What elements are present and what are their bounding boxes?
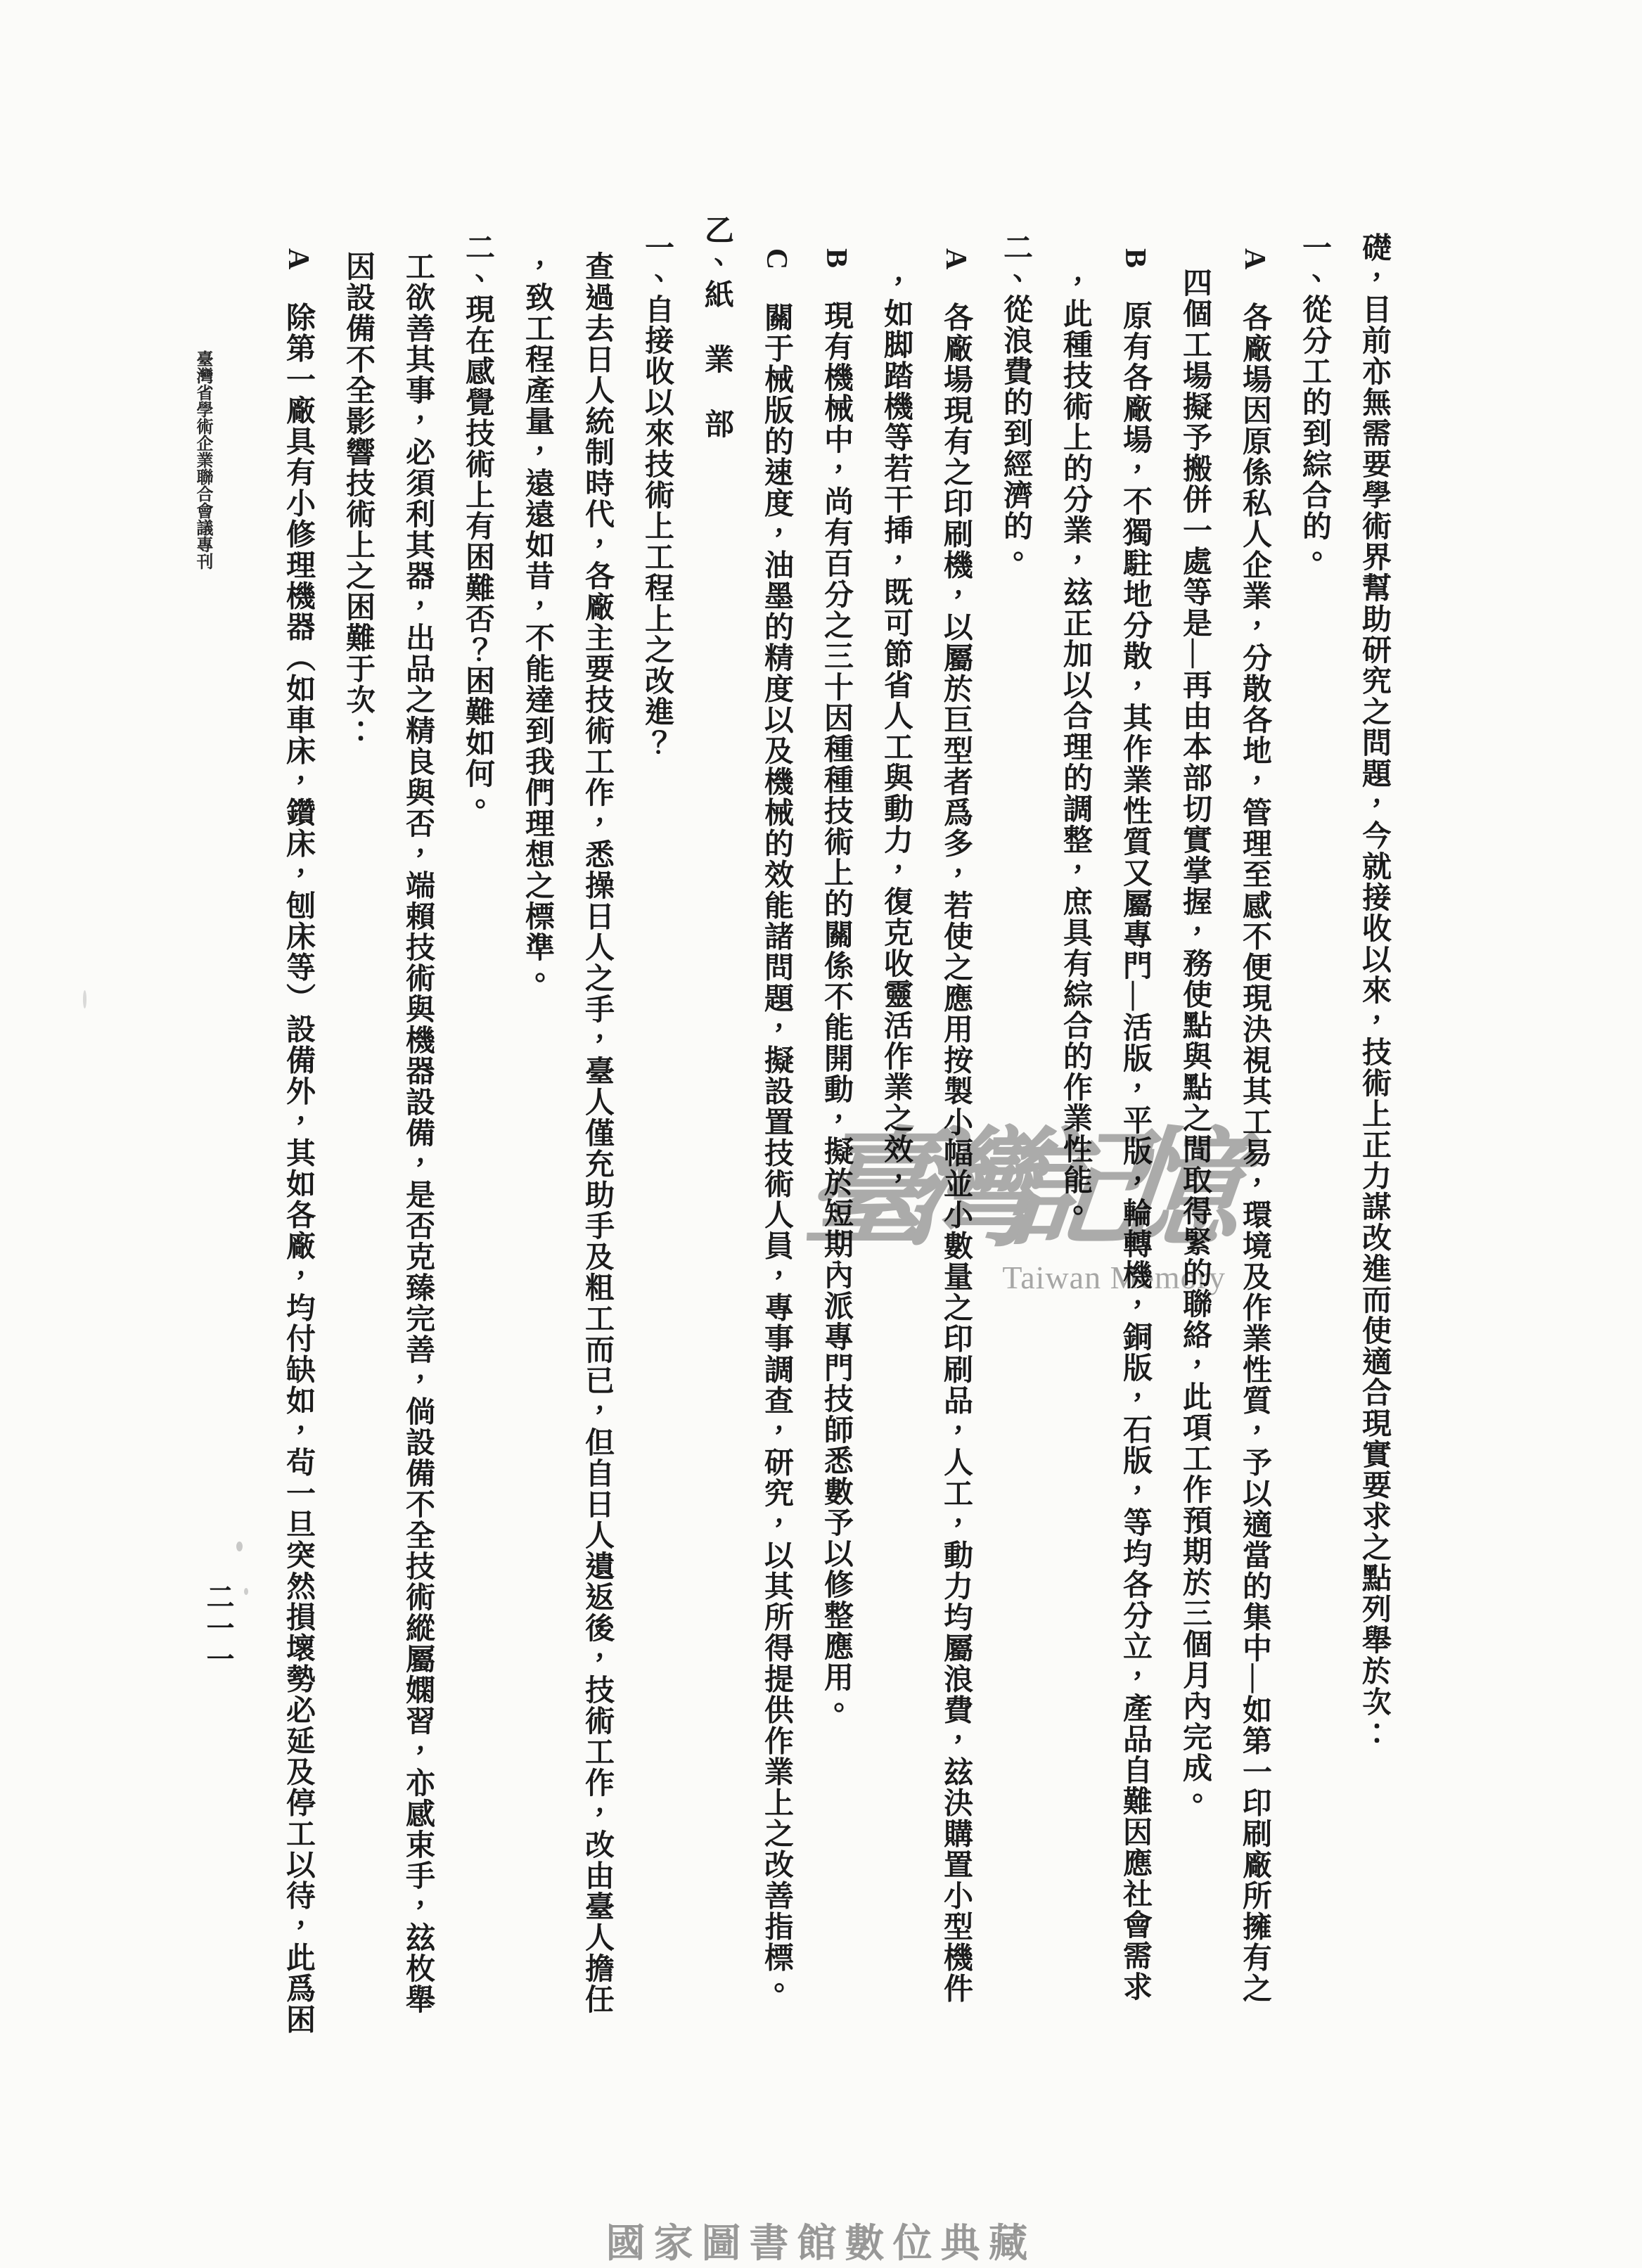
- archive-watermark: 國家圖書館數位典藏: [0, 2212, 1642, 2268]
- text-column-6: ，此種技術上的分業，玆正加以合理的調整，庶具有綜合的作業性能。: [1044, 0, 1104, 2268]
- text-column-12: 乙、紙 業 部: [686, 0, 745, 2268]
- page-number: 二一一: [204, 1582, 232, 1675]
- text-column-15: ，致工程產量，遠遠如昔，不能達到我們理想之標準。: [506, 0, 566, 2268]
- text-column-1: 礎，目前亦無需要學術界幫助研究之問題，今就接收以來，技術上正力謀改進而使適合現實…: [1343, 0, 1403, 2268]
- text-column-3: A 各廠場因原係私人企業，分散各地，管理至感不便現決視其工易，環境及作業性質，予…: [1224, 0, 1283, 2268]
- text-column-8: A 各廠場現有之印刷機，以屬於巨型者爲多，若使之應用按製小幅並小數量之印刷品，人…: [925, 0, 984, 2268]
- text-column-2: 一、從分工的到綜合的。: [1283, 0, 1343, 2268]
- text-column-10: B 現有機械中，尚有百分之三十因種種技術上的關係不能開動，擬於短期內派專門技師悉…: [805, 0, 865, 2268]
- scan-speck: [244, 1588, 248, 1595]
- text-column-7: 二、從浪費的到經濟的。: [984, 0, 1044, 2268]
- scan-speck: [83, 990, 86, 1008]
- text-column-4: 四個工場擬予搬併一處等是—再由本部切實掌握，務使點與點之間取得緊的聯絡，此項工作…: [1164, 0, 1224, 2268]
- text-column-5: B 原有各廠場，不獨駐地分散，其作業性質又屬專門—活版，平版，輪轉機，銅版，石版…: [1104, 0, 1164, 2268]
- text-column-19: A 除第一廠具有小修理機器（如車床，鑽床，刨床等）設備外，其如各廠，均付缺如，茍…: [267, 0, 327, 2268]
- text-column-14: 查過去日人統制時代，各廠主要技術工作，悉操日人之手，臺人僅充助手及粗工而已，但自…: [566, 0, 626, 2268]
- text-columns: 礎，目前亦無需要學術界幫助研究之問題，今就接收以來，技術上正力謀改進而使適合現實…: [267, 0, 1403, 2268]
- text-column-17: 工欲善其事，必須利其器，出品之精良與否，端賴技術與機器設備，是否克臻完善，倘設備…: [387, 0, 447, 2268]
- text-column-9: ，如脚踏機等若干揷，既可節省人工與動力，復克收靈活作業之效，: [865, 0, 925, 2268]
- text-column-18: 因設備不全影響技術上之困難于次：: [327, 0, 387, 2268]
- text-column-13: 一、自接收以來技術上工程上之改進？: [626, 0, 686, 2268]
- text-column-16: 二、現在感覺技術上有困難否？困難如何。: [447, 0, 506, 2268]
- booklet-title: 臺灣省學術企業聯合會議專刊: [194, 350, 211, 570]
- scan-speck: [236, 1542, 243, 1551]
- text-column-11: C 關于械版的速度，油墨的精度以及機械的效能諸問題，擬設置技術人員，專事調查，研…: [745, 0, 805, 2268]
- scanned-document-page: { "document": { "columns": [ { "kind": "…: [0, 0, 1642, 2268]
